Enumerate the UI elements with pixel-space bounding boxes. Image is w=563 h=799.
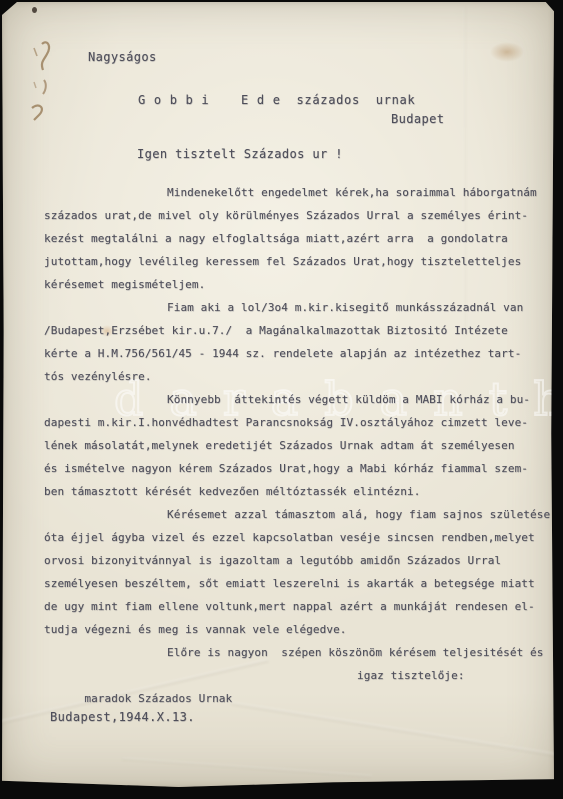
dateline: Budapest,1944.X.13.	[50, 710, 195, 724]
addressee-name: G o b b i E d e százados urnak	[138, 93, 415, 107]
honorific: Nagyságos	[88, 50, 157, 64]
paper-crease	[122, 757, 372, 777]
closing-right: igaz tisztelője:	[357, 664, 465, 687]
letter-line: /Budapest,Erzsébet kir.u.7./ a Magánalka…	[44, 319, 552, 342]
letter-line: jutottam,hogy levélileg keressem fel Szá…	[44, 250, 552, 273]
letter-line: Könnyebb áttekintés végett küldöm a MABI…	[44, 388, 552, 411]
letter-line: Kérésemet azzal támasztom alá, hogy fiam…	[44, 503, 552, 526]
closing-row: maradok Százados Urnak igaz tisztelője:	[44, 664, 552, 687]
letter-body: Mindenekelőtt engedelmet kérek,ha soraim…	[44, 181, 552, 687]
letter-line: Előre is nagyon szépen köszönöm kérésem …	[44, 641, 552, 664]
rust-stain	[490, 42, 524, 62]
salutation: Igen tisztelt Százados ur !	[137, 147, 343, 161]
letter-line: óta éjjel ágyba vizel és ezzel kapcsolat…	[44, 526, 552, 549]
letter-line: lének másolatát,melynek eredetijét Száza…	[44, 434, 552, 457]
letter-line: tudja végezni és meg is vannak vele elég…	[44, 618, 552, 641]
letter-line: tós vezénylésre.	[44, 365, 552, 388]
letter-line: orvosi bizonyitvánnyal is igazoltam a le…	[44, 549, 552, 572]
letter-line: Mindenekelőtt engedelmet kérek,ha soraim…	[44, 181, 552, 204]
letter-line: de ugy mint fiam ellene voltunk,mert nap…	[44, 595, 552, 618]
letter-line: személyesen beszéltem, sőt emiatt leszer…	[44, 572, 552, 595]
scan-background: { "letter": { "honorific": "Nagyságos", …	[0, 0, 563, 799]
handwritten-margin-marks	[22, 34, 74, 134]
letter-page: darabanth Nagyságos G o b b i E d e száz…	[2, 2, 554, 787]
letter-line: százados urat,de mivel oly körülményes S…	[44, 204, 552, 227]
letter-line: kezést megtalálni a nagy elfoglaltsága m…	[44, 227, 552, 250]
letter-line: kérte a H.M.756/561/45 - 1944 sz. rendel…	[44, 342, 552, 365]
letter-line: ben támasztott kérését kedvezően méltózt…	[44, 480, 552, 503]
closing-left: maradok Százados Urnak	[84, 692, 232, 705]
addressee-city: Budapet	[391, 112, 444, 126]
ink-spot	[32, 7, 37, 13]
paper-crease	[231, 701, 563, 758]
letter-line: és ismételve nagyon kérem Százados Urat,…	[44, 457, 552, 480]
letter-line: dapesti m.kir.I.honvédhadtest Parancsnok…	[44, 411, 552, 434]
letter-line: kérésemet megismételjem.	[44, 273, 552, 296]
letter-line: Fiam aki a lol/3o4 m.kir.kisegitő munkás…	[44, 296, 552, 319]
